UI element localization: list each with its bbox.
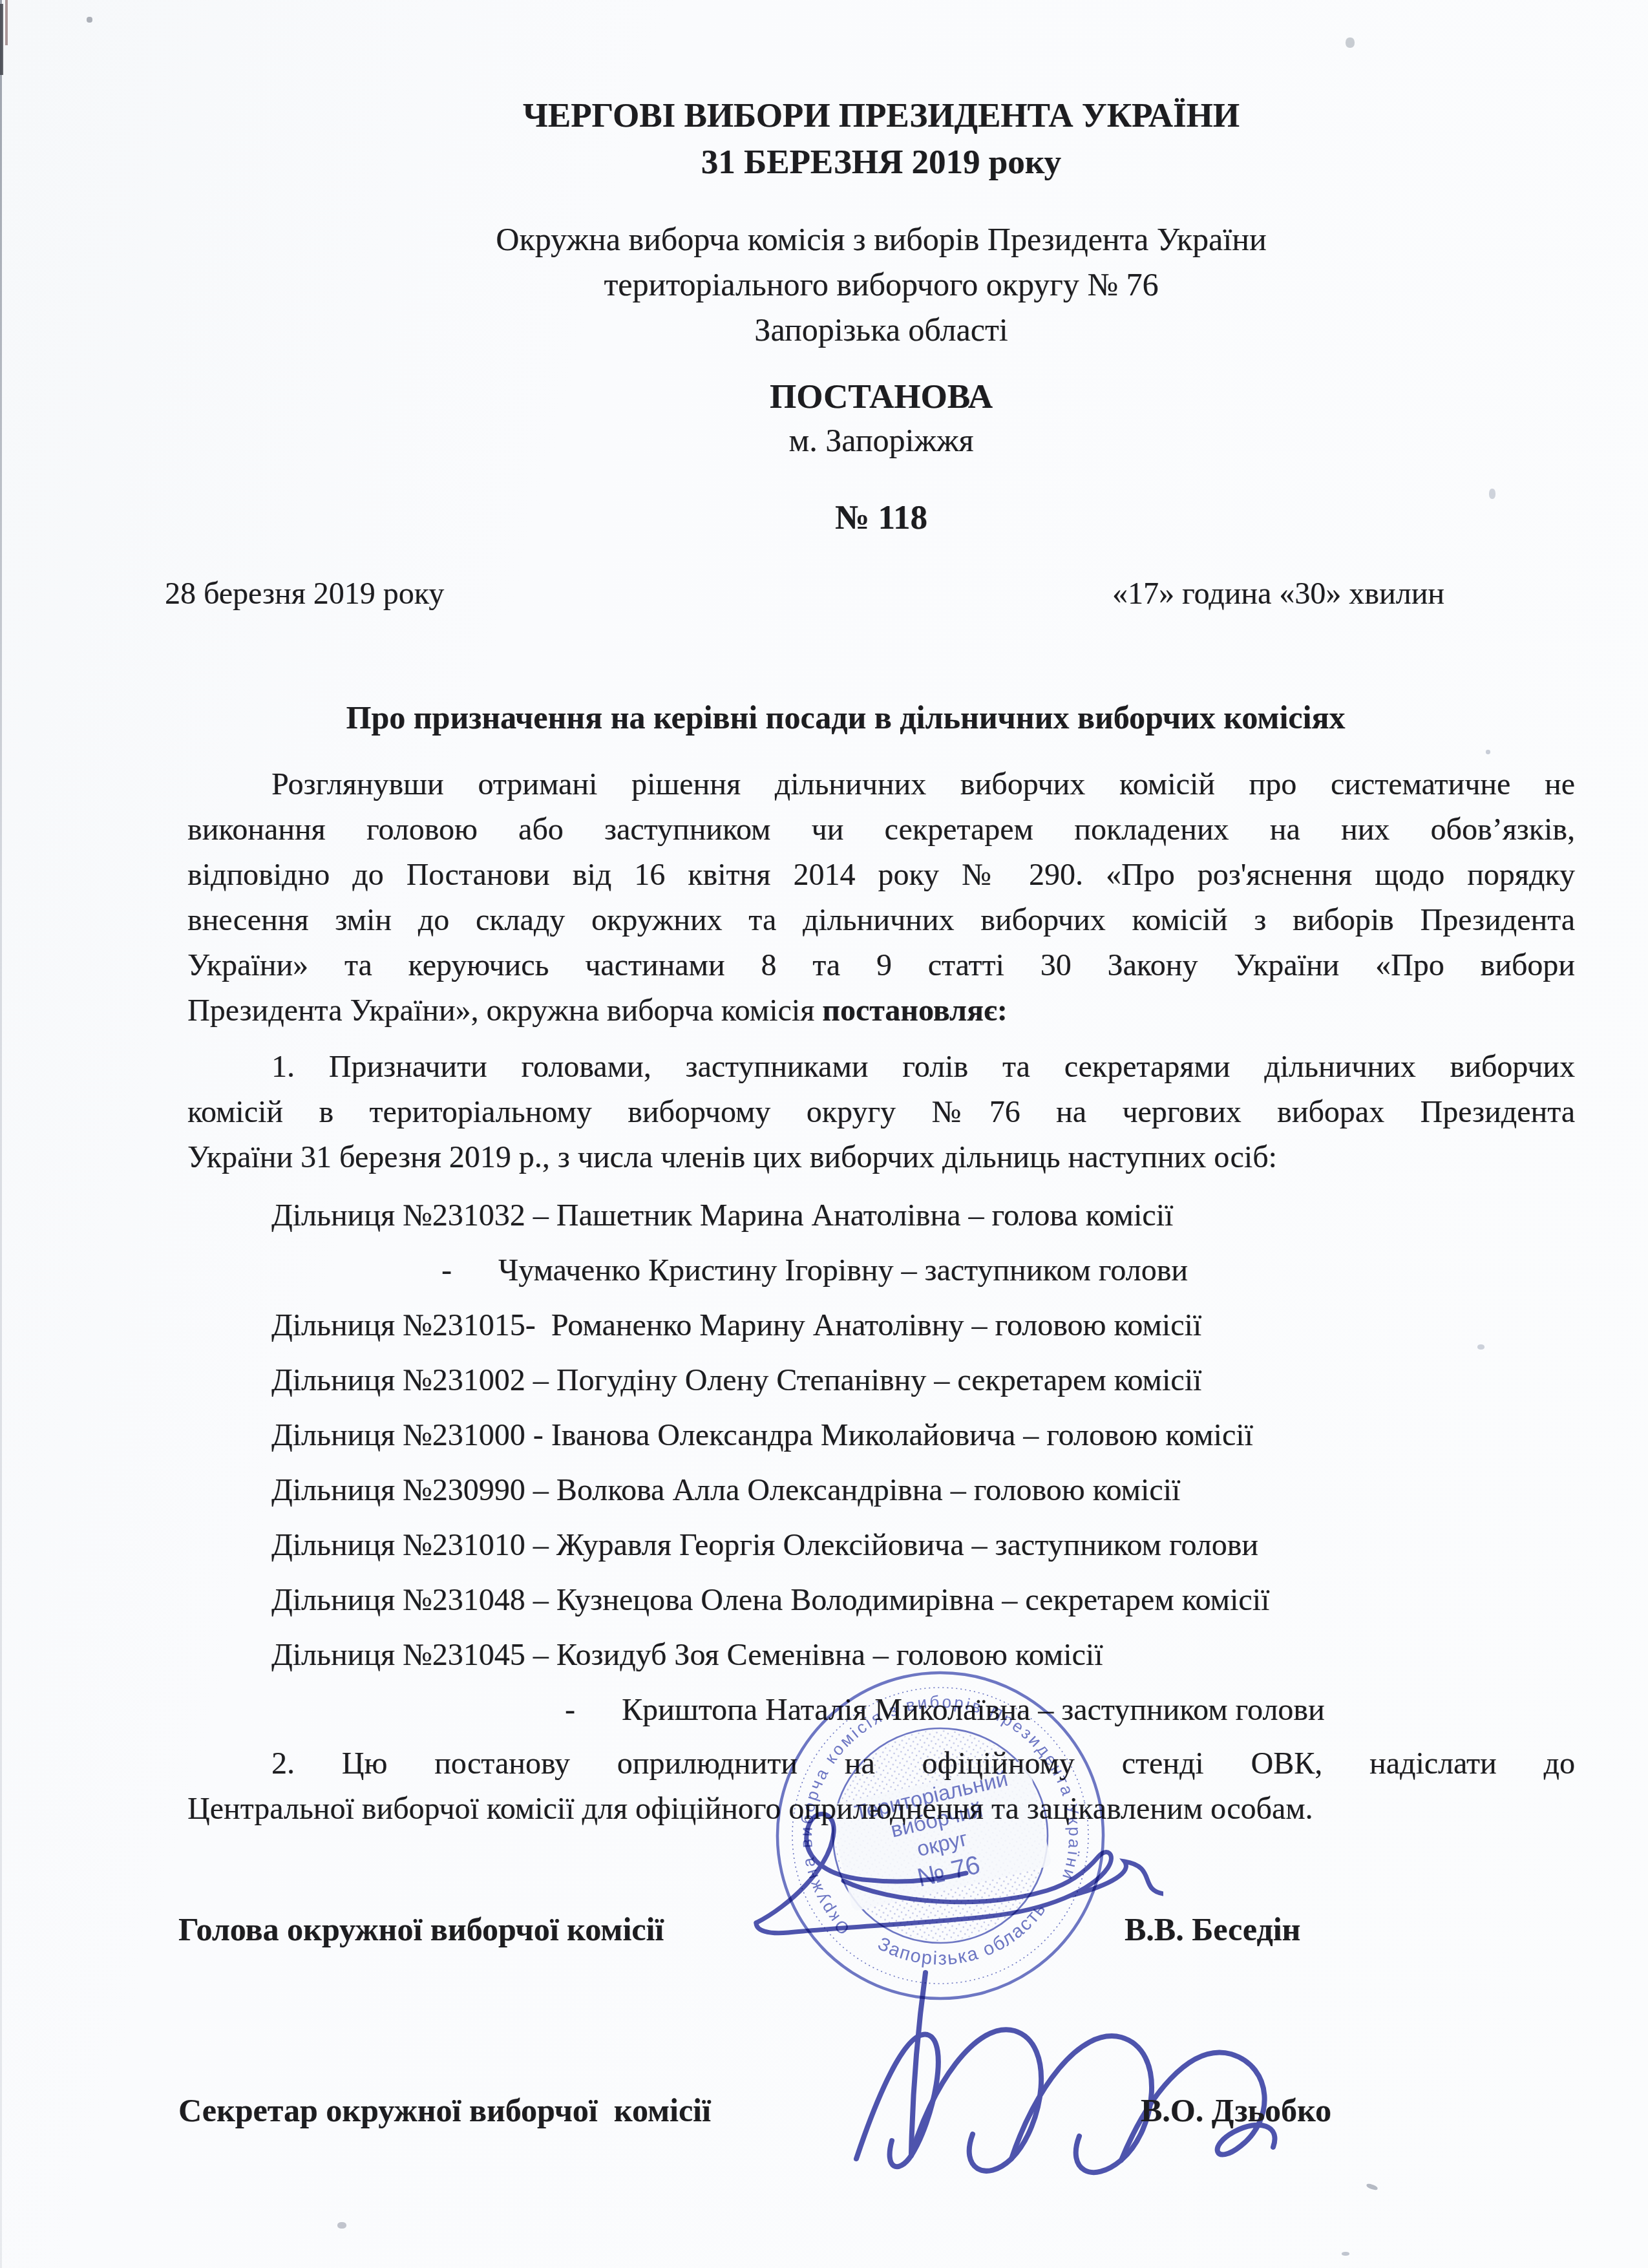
- appointment-row: Дільниця №231010 – Журавля Георгія Олекс…: [271, 1527, 1648, 1564]
- subject-title: Про призначення на керівні посади в діль…: [187, 698, 1575, 737]
- point2-line: 2. Цю постанову оприлюднити на офіційном…: [271, 1745, 1575, 1783]
- appointment-row: Дільниця №231048 – Кузнецова Олена Волод…: [271, 1582, 1648, 1619]
- header-election-date: 31 БЕРЕЗНЯ 2019 року: [187, 142, 1575, 184]
- document-date: 28 березня 2019 року: [165, 575, 444, 613]
- appointment-row: Дільниця №231045 – Козидуб Зоя Семенівна…: [271, 1637, 1648, 1674]
- secretary-signature-title: Секретар окружної виборчої комісії: [178, 2091, 711, 2130]
- header-district: територіального виборчого округу № 76: [187, 265, 1575, 304]
- stamp-center-line: округ: [914, 1826, 970, 1861]
- point2-line: Центральної виборчої комісії для офіційн…: [187, 1790, 1575, 1828]
- appointment-row: Дільниця №231032 – Пашетник Марина Анато…: [271, 1197, 1648, 1235]
- header-region: Запорізька області: [187, 310, 1575, 349]
- intro-line: виконання головою або заступником чи сек…: [187, 811, 1575, 849]
- scan-speck: [1342, 2252, 1349, 2256]
- appointment-row: Дільниця №231015- Романенко Марину Анато…: [271, 1307, 1648, 1344]
- scan-corner-mark: [5, 0, 8, 45]
- document-time: «17» година «30» хвилин: [1112, 575, 1444, 613]
- intro-last-normal: Президента України», окружна виборча ком…: [187, 993, 822, 1028]
- scan-speck: [1346, 37, 1355, 48]
- stamp-center-line: № 76: [914, 1850, 983, 1892]
- appointment-row: - Криштопа Наталія Миколаївна – заступни…: [565, 1691, 1648, 1729]
- scan-speck: [1489, 489, 1495, 499]
- scan-speck: [87, 17, 92, 23]
- resolution-label: ПОСТАНОВА: [187, 377, 1575, 418]
- appointment-row: Дільниця №230990 – Волкова Алла Олександ…: [271, 1472, 1648, 1509]
- secretary-signature-scribble: [821, 1965, 1312, 2178]
- stamp-center-band: [829, 1760, 1052, 1912]
- scan-edge-line: [0, 0, 2, 2268]
- scan-speck: [1486, 750, 1490, 754]
- head-signature-name: В.В. Беседін: [1125, 1910, 1300, 1949]
- appointment-row: Дільниця №231002 – Погудіну Олену Степан…: [271, 1362, 1648, 1399]
- scan-speck: [337, 2222, 346, 2229]
- scan-corner-mark: [0, 4, 3, 75]
- point1-line: комісій в територіальному виборчому окру…: [187, 1094, 1575, 1131]
- scanned-document-page: ЧЕРГОВІ ВИБОРИ ПРЕЗИДЕНТА УКРАЇНИ 31 БЕР…: [0, 0, 1648, 2268]
- intro-last-bold: постановляє:: [822, 993, 1008, 1028]
- scan-speck: [1366, 2183, 1378, 2191]
- appointment-row: - Чумаченко Кристину Ігорівну – заступни…: [441, 1252, 1648, 1289]
- intro-line: України» та керуючись частинами 8 та 9 с…: [187, 947, 1575, 984]
- stamp-ring-bottom-text: Запорізька область: [871, 1896, 1059, 1986]
- secretary-signature-name: В.О. Дзьобко: [1141, 2091, 1331, 2130]
- resolution-city: м. Запоріжжя: [187, 421, 1575, 460]
- intro-line: відповідно до Постанови від 16 квітня 20…: [187, 856, 1575, 894]
- appointment-row: Дільниця №231000 - Іванова Олександра Ми…: [271, 1417, 1648, 1454]
- head-signature-title: Голова окружної виборчої комісії: [178, 1910, 664, 1949]
- scan-speck: [1477, 1344, 1484, 1350]
- point1-line: України 31 березня 2019 р., з числа член…: [187, 1139, 1575, 1176]
- resolution-number: № 118: [187, 498, 1575, 539]
- header-election-title: ЧЕРГОВІ ВИБОРИ ПРЕЗИДЕНТА УКРАЇНИ: [187, 96, 1575, 137]
- intro-line-last: Президента України», окружна виборча ком…: [187, 992, 1575, 1030]
- point1-line: 1. Призначити головами, заступниками гол…: [271, 1048, 1575, 1086]
- intro-line: Розглянувши отримані рішення дільничних …: [271, 766, 1575, 803]
- header-commission: Окружна виборча комісія з виборів Презид…: [187, 220, 1575, 259]
- intro-line: внесення змін до складу окружних та діль…: [187, 902, 1575, 939]
